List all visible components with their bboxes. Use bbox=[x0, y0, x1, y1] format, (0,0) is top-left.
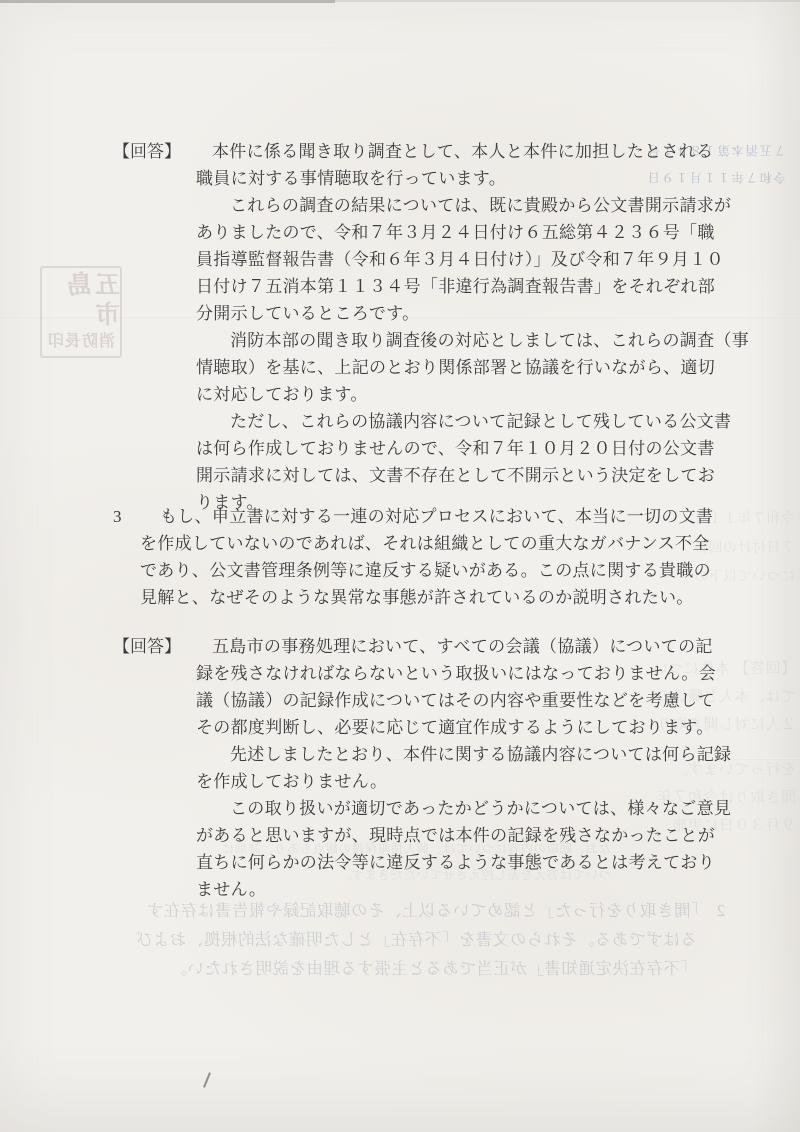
body-line: もし、申立書に対する一連の対応プロセスにおいて、本当に一切の文書 bbox=[160, 503, 723, 530]
question-number: 3 bbox=[113, 503, 122, 530]
body-line: 員指導監督報告書（令和６年３月４日付け）」及び令和７年９月１０ bbox=[196, 246, 723, 273]
body-line: ただし、これらの協議内容について記録として残している公文書 bbox=[230, 408, 723, 435]
body-line: 開示請求に対しては、文書不存在として不開示という決定をしてお bbox=[196, 462, 723, 489]
bleedthrough-fragment: なお、聴取の内容については、個人情報保護の観点もあり、詳細に ついては答えを差し… bbox=[243, 836, 611, 888]
bleed-line: るはずである。それらの文書を「不存在」とした明確な法的根拠、および bbox=[95, 925, 697, 954]
bleed-line: 【回答】 本件につい bbox=[618, 655, 796, 683]
seal-text-bottom: 消防長印 bbox=[47, 331, 115, 353]
body-line: ありましたので、令和７年３月２４日付け６五総第４２３６号「職 bbox=[196, 219, 723, 246]
bleedthrough-fragment: 令和７年１１月 ７日付けの回答 について以下の bbox=[693, 505, 795, 592]
answer-label: 【回答】 bbox=[113, 633, 181, 660]
body-line: であり、公文書管理条例等に違反する疑いがある。この点に関する貴職の bbox=[140, 557, 723, 584]
scanned-document-page: 五島市 消防長印 ７五消本第１８４１号 令和７年１１月１９日 【回答】 本件に係… bbox=[0, 0, 800, 1132]
bleedthrough-question-2: 2 「聞き取りを行った」と認めている以上、その聴取記録や報告書は存在す るはずで… bbox=[95, 896, 725, 983]
body-line: を作成していないのであれば、それは組織としての重大なガバナンス不全 bbox=[140, 530, 723, 557]
body-line: 本件に係る聞き取り調査として、本人と本件に加担したとされる bbox=[212, 138, 723, 165]
bleed-line: 令和７年１１月 bbox=[693, 505, 795, 534]
bleed-line: 2 「聞き取りを行った」と認めている以上、その聴取記録や報告書は存在す bbox=[95, 896, 725, 925]
body-line: 分開示しているところです。 bbox=[196, 300, 723, 327]
bleed-line: ２人に対し聞き取り bbox=[618, 711, 796, 739]
bleed-line: 聞き取りは令和７年 bbox=[640, 784, 796, 812]
body-line: 情聴取）を基に、上記のとおり関係部署と協議を行いながら、適切 bbox=[196, 354, 723, 381]
body-line: 消防本部の聞き取り調査後の対応としましては、これらの調査（事 bbox=[230, 327, 723, 354]
bleed-line: ついては答えを差し控えさせていただきます。 bbox=[243, 862, 611, 888]
bleed-line: ７日付けの回答 bbox=[693, 534, 795, 563]
scan-edge-artifact bbox=[0, 0, 335, 3]
body-line: 職員に対する事情聴取を行っています。 bbox=[196, 165, 723, 192]
question-3-block: 3 もし、申立書に対する一連の対応プロセスにおいて、本当に一切の文書 を作成して… bbox=[113, 503, 723, 611]
bleedthrough-fragment: 【回答】 本件につい ては、本人と職員の ２人に対し聞き取り bbox=[618, 655, 796, 739]
bleed-line: について以下の bbox=[693, 563, 795, 592]
bleedthrough-fragment: を行っています。 聞き取りは令和７年 ９月３０日に実施 bbox=[640, 756, 796, 840]
bleed-line: なお、聴取の内容については、個人情報保護の観点もあり、詳細に bbox=[243, 836, 611, 862]
official-seal-bleedthrough: 五島市 消防長印 bbox=[40, 266, 122, 358]
body-line: 見解と、なぜそのような異常な事態が許されているのか説明されたい。 bbox=[140, 584, 723, 611]
bleed-line: を行っています。 bbox=[640, 756, 796, 784]
answer-block-1: 【回答】 本件に係る聞き取り調査として、本人と本件に加担したとされる 職員に対す… bbox=[113, 138, 723, 516]
bleed-line: ９月３０日に実施 bbox=[640, 812, 796, 840]
body-line: は何ら作成しておりませんので、令和７年１０月２０日付の公文書 bbox=[196, 435, 723, 462]
seal-text-top: 五島市 bbox=[42, 271, 120, 331]
stray-pen-mark bbox=[203, 1072, 211, 1088]
bleed-line: ては、本人と職員の bbox=[618, 683, 796, 711]
body-line: に対応しております。 bbox=[196, 381, 723, 408]
body-line: これらの調査の結果については、既に貴殿から公文書開示請求が bbox=[230, 192, 723, 219]
bleed-line: 「不存在決定通知書」が正当であると主張する理由を説明されたい。 bbox=[95, 954, 697, 983]
body-line: 日付け７五消本第１１３４号「非違行為調査報告書」をそれぞれ部 bbox=[196, 273, 723, 300]
answer-label: 【回答】 bbox=[113, 138, 181, 165]
scan-edge-artifact bbox=[335, 0, 800, 2]
